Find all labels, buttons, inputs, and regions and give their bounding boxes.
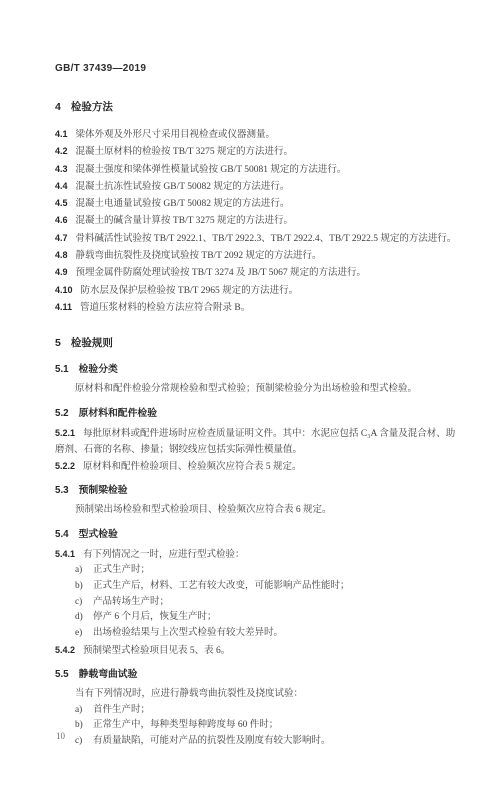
clause: 5.2.2原材料和配件检验项目、检验频次应符合表 5 规定。 bbox=[55, 458, 460, 475]
list-item-text: 有质量缺陷，可能对产品的抗裂性及刚度有较大影响时。 bbox=[93, 736, 331, 746]
clause-text: 管道压浆材料的检验方法应符合附录 B。 bbox=[80, 303, 250, 313]
heading-title: 检验分类 bbox=[79, 364, 118, 375]
clause-number: 5.4.2 bbox=[55, 645, 75, 655]
clause: 4.6混凝土的碱含量计算按 TB/T 3275 规定的方法进行。 bbox=[55, 212, 460, 229]
clause-number: 5 bbox=[55, 337, 61, 349]
clause: 5.2.1每批原材料或配件进场时应检查质量证明文件。其中：水泥应包括 C₃A 含… bbox=[55, 425, 460, 459]
clause-number: 4.9 bbox=[55, 267, 68, 277]
list-item: a)首件生产时； bbox=[75, 703, 460, 719]
clause-number: 4.2 bbox=[55, 146, 68, 156]
heading-title: 静载弯曲试验 bbox=[79, 669, 138, 680]
clause-text: 混凝土电通量试验按 GB/T 50082 规定的方法进行。 bbox=[76, 199, 290, 209]
clause-number: 5.3 bbox=[55, 485, 69, 496]
clause: 4.10防水层及保护层检验按 TB/T 2965 规定的方法进行。 bbox=[55, 282, 460, 299]
clause-text: 每批原材料或配件进场时应检查质量证明文件。其中：水泥应包括 C₃A 含量及混合材… bbox=[55, 429, 455, 455]
clause-heading: 5.3预制梁检验 bbox=[55, 483, 460, 499]
heading-title: 检验规则 bbox=[71, 337, 113, 349]
clause-number: 4.4 bbox=[55, 181, 68, 191]
clause-heading: 5.1检验分类 bbox=[55, 362, 460, 378]
clause-number: 4 bbox=[55, 101, 61, 113]
list-item: c)有质量缺陷，可能对产品的抗裂性及刚度有较大影响时。 bbox=[75, 734, 460, 750]
clause-number: 5.4 bbox=[55, 529, 69, 540]
clause: 5.4.2预制梁型式检验项目见表 5、表 6。 bbox=[55, 642, 460, 659]
clause-text: 预制梁型式检验项目见表 5、表 6。 bbox=[83, 646, 230, 656]
clause: 4.7骨料碱活性试验按 TB/T 2922.1、TB/T 2922.3、TB/T… bbox=[55, 230, 460, 247]
clause-heading: 5.5静载弯曲试验 bbox=[55, 667, 460, 683]
list-item-text: 首件生产时； bbox=[93, 705, 150, 715]
clause-number: 4.3 bbox=[55, 164, 68, 174]
clause-number: 5.1 bbox=[55, 364, 69, 375]
clause-number: 5.5 bbox=[55, 669, 69, 680]
list-item-marker: b) bbox=[75, 718, 93, 734]
heading-title: 预制梁检验 bbox=[79, 485, 128, 496]
standard-number-header: GB/T 37439—2019 bbox=[55, 62, 460, 76]
list-item-marker: a) bbox=[75, 563, 93, 579]
clause-number: 5.2 bbox=[55, 408, 69, 419]
clause: 4.1梁体外观及外形尺寸采用目视检查或仪器测量。 bbox=[55, 126, 460, 143]
clause-heading: 5.2原材料和配件检验 bbox=[55, 406, 460, 422]
clause-number: 4.7 bbox=[55, 233, 68, 243]
list-item-marker: d) bbox=[75, 610, 93, 626]
clause-heading: 5.4型式检验 bbox=[55, 527, 460, 543]
clause-text: 原材料和配件检验项目、检验频次应符合表 5 规定。 bbox=[83, 462, 302, 472]
list-item-marker: a) bbox=[75, 703, 93, 719]
list-item: b)正常生产中，每种类型每种跨度每 60 件时； bbox=[75, 718, 460, 734]
clause-number: 4.1 bbox=[55, 129, 68, 139]
paragraph: 预制梁出场检验和型式检验项目、检验频次应符合表 6 规定。 bbox=[75, 502, 460, 518]
chapter-heading: 4检验方法 bbox=[55, 100, 460, 115]
list-item: b)正式生产后，材料、工艺有较大改变，可能影响产品性能时； bbox=[75, 579, 460, 595]
page-number: 10 bbox=[56, 731, 65, 741]
clause: 4.2混凝土原材料的检验按 TB/T 3275 规定的方法进行。 bbox=[55, 143, 460, 160]
clause: 4.8静载弯曲抗裂性及挠度试验按 TB/T 2092 规定的方法进行。 bbox=[55, 247, 460, 264]
clause-text: 防水层及保护层检验按 TB/T 2965 规定的方法进行。 bbox=[81, 286, 299, 296]
list-item: e)出场检验结果与上次型式检验有较大差异时。 bbox=[75, 626, 460, 642]
clause-text: 原材料和配件检验分常规检验和型式检验；预制梁检验分为出场检验和型式检验。 bbox=[75, 384, 417, 394]
list-item-marker: c) bbox=[75, 595, 93, 611]
clause: 5.4.1有下列情况之一时，应进行型式检验： bbox=[55, 546, 460, 563]
clause-text: 混凝土的碱含量计算按 TB/T 3275 规定的方法进行。 bbox=[76, 216, 294, 226]
clause-text: 混凝土抗冻性试验按 GB/T 50082 规定的方法进行。 bbox=[76, 182, 290, 192]
clause-number: 5.2.1 bbox=[55, 428, 75, 438]
heading-title: 原材料和配件检验 bbox=[79, 408, 157, 419]
clause-text: 静载弯曲抗裂性及挠度试验按 TB/T 2092 规定的方法进行。 bbox=[76, 251, 322, 261]
paragraph: 原材料和配件检验分常规检验和型式检验；预制梁检验分为出场检验和型式检验。 bbox=[75, 381, 460, 397]
list-item-marker: b) bbox=[75, 579, 93, 595]
chapter-heading: 5检验规则 bbox=[55, 336, 460, 351]
list-item: d)停产 6 个月后，恢复生产时； bbox=[75, 610, 460, 626]
clause-number: 4.10 bbox=[55, 285, 73, 295]
document-content: 4检验方法4.1梁体外观及外形尺寸采用目视检查或仪器测量。4.2混凝土原材料的检… bbox=[55, 100, 460, 750]
list-item-marker: c) bbox=[75, 734, 93, 750]
clause-number: 5.2.2 bbox=[55, 461, 75, 471]
list-item-text: 正式生产时； bbox=[93, 565, 150, 575]
list-item-text: 正式生产后，材料、工艺有较大改变，可能影响产品性能时； bbox=[93, 581, 350, 591]
clause: 4.9预埋金属件防腐处理试验按 TB/T 3274 及 JB/T 5067 规定… bbox=[55, 264, 460, 281]
clause: 4.3混凝土强度和梁体弹性模量试验按 GB/T 50081 规定的方法进行。 bbox=[55, 161, 460, 178]
document-page: GB/T 37439—2019 4检验方法4.1梁体外观及外形尺寸采用目视检查或… bbox=[0, 0, 500, 800]
clause-number: 4.8 bbox=[55, 250, 68, 260]
clause-text: 梁体外观及外形尺寸采用目视检查或仪器测量。 bbox=[76, 130, 276, 140]
clause-text: 混凝土原材料的检验按 TB/T 3275 规定的方法进行。 bbox=[76, 147, 294, 157]
list-item-marker: e) bbox=[75, 626, 93, 642]
clause-text: 当有下列情况时，应进行静载弯曲抗裂性及挠度试验： bbox=[75, 689, 303, 699]
clause: 4.5混凝土电通量试验按 GB/T 50082 规定的方法进行。 bbox=[55, 195, 460, 212]
list-item: a)正式生产时； bbox=[75, 563, 460, 579]
clause-text: 骨料碱活性试验按 TB/T 2922.1、TB/T 2922.3、TB/T 29… bbox=[76, 234, 457, 244]
clause: 4.11管道压浆材料的检验方法应符合附录 B。 bbox=[55, 299, 460, 316]
clause-number: 4.6 bbox=[55, 215, 68, 225]
clause-number: 5.4.1 bbox=[55, 549, 75, 559]
heading-title: 检验方法 bbox=[71, 101, 113, 113]
paragraph: 当有下列情况时，应进行静载弯曲抗裂性及挠度试验： bbox=[75, 686, 460, 702]
clause-text: 有下列情况之一时，应进行型式检验： bbox=[83, 550, 245, 560]
clause-number: 4.5 bbox=[55, 198, 68, 208]
clause: 4.4混凝土抗冻性试验按 GB/T 50082 规定的方法进行。 bbox=[55, 178, 460, 195]
clause-text: 预制梁出场检验和型式检验项目、检验频次应符合表 6 规定。 bbox=[75, 505, 332, 515]
list-item-text: 出场检验结果与上次型式检验有较大差异时。 bbox=[93, 628, 283, 638]
list-item-text: 停产 6 个月后，恢复生产时； bbox=[93, 612, 217, 622]
list-item-text: 正常生产中，每种类型每种跨度每 60 件时； bbox=[93, 720, 278, 730]
clause-text: 混凝土强度和梁体弹性模量试验按 GB/T 50081 规定的方法进行。 bbox=[76, 165, 347, 175]
clause-number: 4.11 bbox=[55, 302, 72, 312]
heading-title: 型式检验 bbox=[79, 529, 118, 540]
list-item: c)产品转场生产时； bbox=[75, 595, 460, 611]
clause-text: 预埋金属件防腐处理试验按 TB/T 3274 及 JB/T 5067 规定的方法… bbox=[76, 268, 366, 278]
list-item-text: 产品转场生产时； bbox=[93, 597, 169, 607]
